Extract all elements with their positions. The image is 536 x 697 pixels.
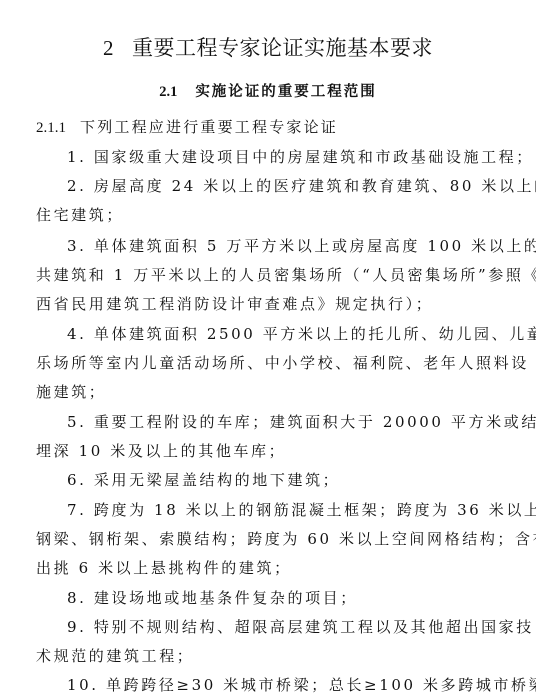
list-line: 埋深 10 米及以上的其他车库； bbox=[36, 441, 286, 461]
clause-title: 下列工程应进行重要工程专家论证 bbox=[80, 118, 338, 136]
list-line: 9. 特别不规则结构、超限高层建筑工程以及其他超出国家技 bbox=[67, 617, 534, 637]
chapter-heading: 2重要工程专家论证实施基本要求 bbox=[0, 32, 536, 62]
list-line: 出挑 6 米以上悬挑构件的建筑； bbox=[36, 558, 292, 578]
chapter-number: 2 bbox=[103, 36, 114, 60]
clause-heading: 2.1.1下列工程应进行重要工程专家论证 bbox=[36, 117, 338, 138]
list-line: 8. 建设场地或地基条件复杂的项目； bbox=[67, 588, 358, 608]
list-line: 2. 房屋高度 24 米以上的医疗建筑和教育建筑、80 米以上的 bbox=[67, 176, 536, 196]
document-page: 2重要工程专家论证实施基本要求 2.1实施论证的重要工程范围 2.1.1下列工程… bbox=[0, 0, 536, 697]
section-number: 2.1 bbox=[159, 84, 177, 100]
list-line: 7. 跨度为 18 米以上的钢筋混凝土框架；跨度为 36 米以上的 bbox=[67, 500, 536, 520]
list-line: 6. 采用无梁屋盖结构的地下建筑； bbox=[67, 470, 340, 490]
list-line: 5. 重要工程附设的车库；建筑面积大于 20000 平方米或结构 bbox=[67, 412, 536, 432]
clause-number: 2.1.1 bbox=[36, 120, 66, 136]
list-line: 4. 单体建筑面积 2500 平方米以上的托儿所、幼儿园、儿童游 bbox=[67, 324, 536, 344]
section-heading: 2.1实施论证的重要工程范围 bbox=[0, 80, 536, 101]
list-line: 3. 单体建筑面积 5 万平方米以上或房屋高度 100 米以上的公 bbox=[67, 236, 536, 256]
list-line: 共建筑和 1 万平米以上的人员密集场所（“人员密集场所”参照《山 bbox=[36, 265, 536, 285]
list-line: 10. 单跨跨径≥30 米城市桥梁；总长≥100 米多跨城市桥梁； bbox=[67, 675, 536, 695]
list-line: 术规范的建筑工程； bbox=[36, 646, 194, 666]
list-line: 西省民用建筑工程消防设计审查难点》规定执行）； bbox=[36, 294, 433, 314]
section-title: 实施论证的重要工程范围 bbox=[195, 83, 377, 100]
chapter-title: 重要工程专家论证实施基本要求 bbox=[132, 36, 433, 60]
list-line: 乐场所等室内儿童活动场所、中小学校、福利院、老年人照料设 bbox=[36, 353, 529, 373]
list-line: 1. 国家级重大建设项目中的房屋建筑和市政基础设施工程； bbox=[67, 147, 534, 167]
list-line: 住宅建筑； bbox=[36, 205, 124, 225]
list-line: 施建筑； bbox=[36, 382, 106, 402]
list-line: 钢梁、钢桁架、索膜结构；跨度为 60 米以上空间网格结构；含有 bbox=[36, 529, 536, 549]
